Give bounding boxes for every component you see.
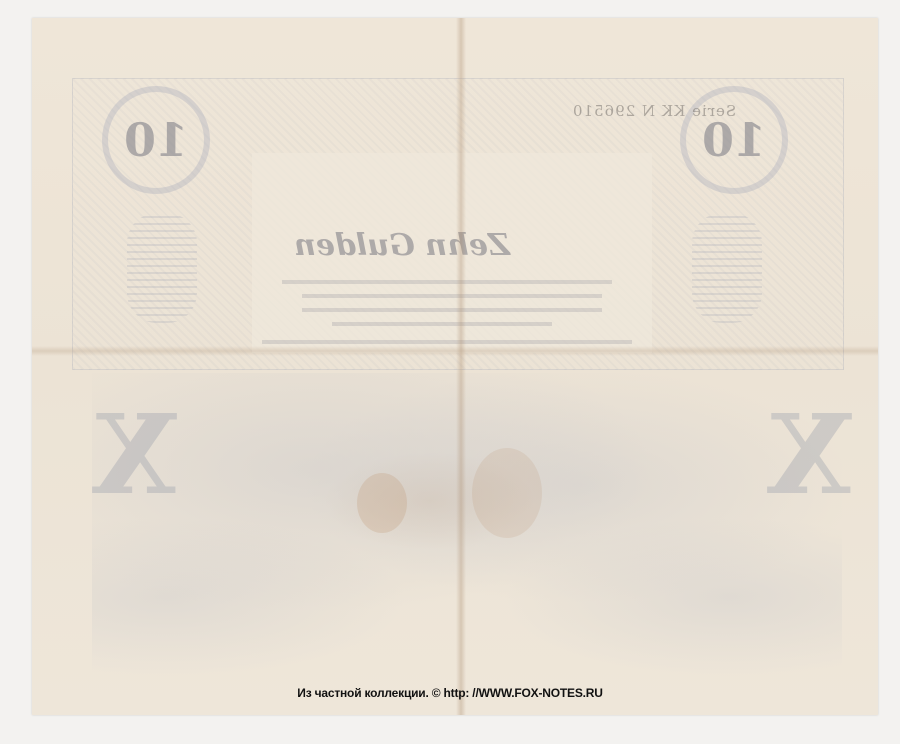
- denomination-medallion-left: 10: [102, 86, 210, 194]
- roman-numeral-right: X: [767, 390, 852, 519]
- serial-number: Serie KK N 296510: [572, 102, 736, 120]
- banknote: 10 10 Serie KK N 296510 Zehn Gulden X X: [32, 18, 878, 715]
- text-line: [332, 322, 552, 326]
- denomination-right: 10: [702, 113, 766, 167]
- side-ornament-left: [127, 213, 197, 323]
- side-ornament-right: [692, 213, 762, 323]
- copyright-caption: Из частной коллекции. © http: //WWW.FOX-…: [0, 686, 900, 700]
- stain: [357, 473, 407, 533]
- text-line: [262, 340, 632, 344]
- roman-numeral-left: X: [92, 390, 177, 519]
- text-line: [302, 308, 602, 312]
- denomination-left: 10: [124, 113, 188, 167]
- denomination-title: Zehn Gulden: [294, 228, 510, 263]
- portrait-vignette-area: [92, 373, 842, 693]
- horizontal-fold: [32, 346, 878, 356]
- vertical-fold: [456, 18, 466, 715]
- stain: [472, 448, 542, 538]
- text-line: [282, 280, 612, 284]
- text-line: [302, 294, 602, 298]
